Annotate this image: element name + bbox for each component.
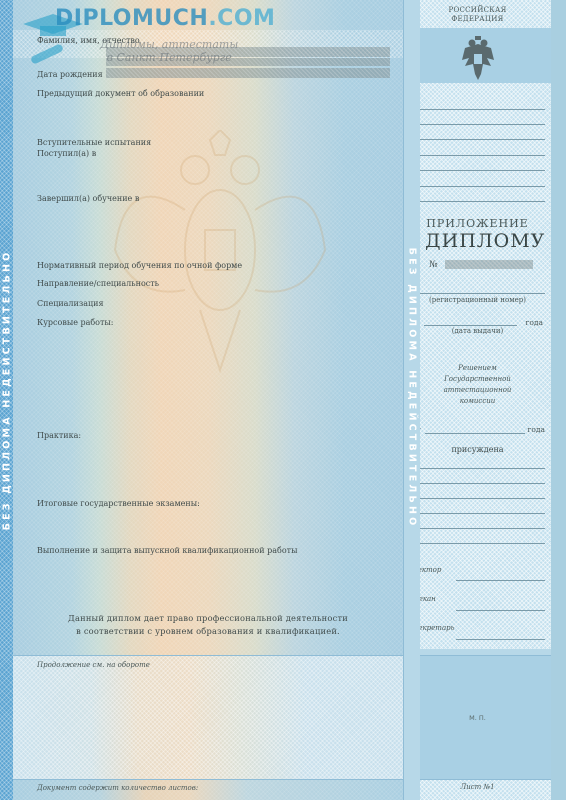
issue-date-caption: (дата выдачи) <box>404 327 551 335</box>
previous-education-label: Предыдущий документ об образовании <box>37 89 204 98</box>
watermark-brand: DIPLOMUCH.COM <box>55 6 275 31</box>
decision-line-2: Государственной <box>404 374 551 385</box>
specialization-label: Специализация <box>37 299 104 308</box>
decision-line-3: аттестационной <box>404 385 551 396</box>
country-title: РОССИЙСКАЯ ФЕДЕРАЦИЯ <box>404 6 551 24</box>
rule-line <box>410 124 545 125</box>
decision-date-line <box>425 433 525 434</box>
decision-line-4: комиссии <box>404 396 551 407</box>
stamp-place-label: М. П. <box>404 714 551 722</box>
left-strip-text: БЕЗ ДИПЛОМА НЕДЕЙСТВИТЕЛЬНО <box>1 250 12 531</box>
rule-line <box>410 513 545 514</box>
enrolled-label: Поступил(а) в <box>37 149 96 158</box>
rule-line <box>410 186 545 187</box>
rule-line <box>410 483 545 484</box>
coursework-label: Курсовые работы: <box>37 318 113 327</box>
rule-line <box>410 109 545 110</box>
diploma-supplement-page: Фамилия, имя, отчество Дата рождения Пре… <box>0 0 566 800</box>
sheet-count-label: Документ содержит количество листов: <box>37 784 198 792</box>
dean-signature-line <box>456 610 545 611</box>
notice-line-1: Данный диплом дает право профессионально… <box>13 612 403 625</box>
country-line-1: РОССИЙСКАЯ <box>404 6 551 15</box>
right-strip-text: БЕЗ ДИПЛОМА НЕДЕЙСТВИТЕЛЬНО <box>407 248 418 529</box>
practice-label: Практика: <box>37 431 81 440</box>
number-label: № <box>429 260 438 270</box>
right-security-strip: БЕЗ ДИПЛОМА НЕДЕЙСТВИТЕЛЬНО <box>403 0 420 800</box>
rule-line <box>410 139 545 140</box>
reg-number-redacted <box>445 260 533 269</box>
watermark-brand-name: DIPLOMUCH <box>55 6 208 31</box>
left-security-strip: БЕЗ ДИПЛОМА НЕДЕЙСТВИТЕЛЬНО <box>0 0 13 800</box>
country-line-2: ФЕДЕРАЦИЯ <box>404 15 551 24</box>
thesis-label: Выполнение и защита выпускной квалификац… <box>37 546 297 555</box>
rector-signature-line <box>456 580 545 581</box>
rule-line <box>410 201 545 202</box>
rule-line <box>410 528 545 529</box>
notice-line-2: в соответствии с уровнем образования и к… <box>13 625 403 638</box>
eagle-watermark-icon <box>105 130 335 390</box>
secretary-signature-line <box>456 639 545 640</box>
rule-line <box>410 543 545 544</box>
completed-label: Завершил(а) обучение в <box>37 194 139 203</box>
normative-period-label: Нормативный период обучения по очной фор… <box>37 261 242 270</box>
reg-number-caption: (регистрационный номер) <box>404 296 551 304</box>
coat-of-arms-icon <box>461 34 495 82</box>
birth-date-value-redacted <box>106 68 390 78</box>
sheet-number: Лист №1 <box>404 783 551 791</box>
appendix-diploma: ДИПЛОМУ <box>425 230 545 252</box>
issue-date-line <box>424 325 517 326</box>
rule-line <box>410 468 545 469</box>
from-year-suffix: года <box>527 425 545 434</box>
specialty-label: Направление/специальность <box>37 279 159 288</box>
rule-line <box>410 170 545 171</box>
appendix-title: ПРИЛОЖЕНИЕ <box>404 217 551 230</box>
decision-line-1: Решением <box>404 363 551 374</box>
awarded-label: присуждена <box>404 445 551 454</box>
year-suffix: года <box>525 318 543 327</box>
continuation-area <box>13 655 403 780</box>
watermark-tagline-2: в Санкт-Петербурге <box>100 51 238 64</box>
watermark-tagline-1: Дипломы, аттестаты <box>100 38 238 51</box>
commission-decision: Решением Государственной аттестационной … <box>404 363 551 407</box>
entrance-exams-label: Вступительные испытания <box>37 138 151 147</box>
rule-line <box>410 155 545 156</box>
right-panel: РОССИЙСКАЯ ФЕДЕРАЦИЯ ПРИЛОЖЕНИЕ к ДИПЛОМ… <box>403 0 551 800</box>
appendix-subtitle: к ДИПЛОМУ <box>404 230 551 252</box>
watermark-tagline: Дипломы, аттестаты в Санкт-Петербурге <box>100 38 238 64</box>
watermark-brand-tld: .COM <box>208 6 275 31</box>
rule-line <box>410 498 545 499</box>
state-exams-label: Итоговые государственные экзамены: <box>37 499 200 508</box>
continued-note: Продолжение см. на обороте <box>37 661 150 669</box>
rights-notice: Данный диплом дает право профессионально… <box>13 612 403 638</box>
rule-line <box>410 293 545 294</box>
